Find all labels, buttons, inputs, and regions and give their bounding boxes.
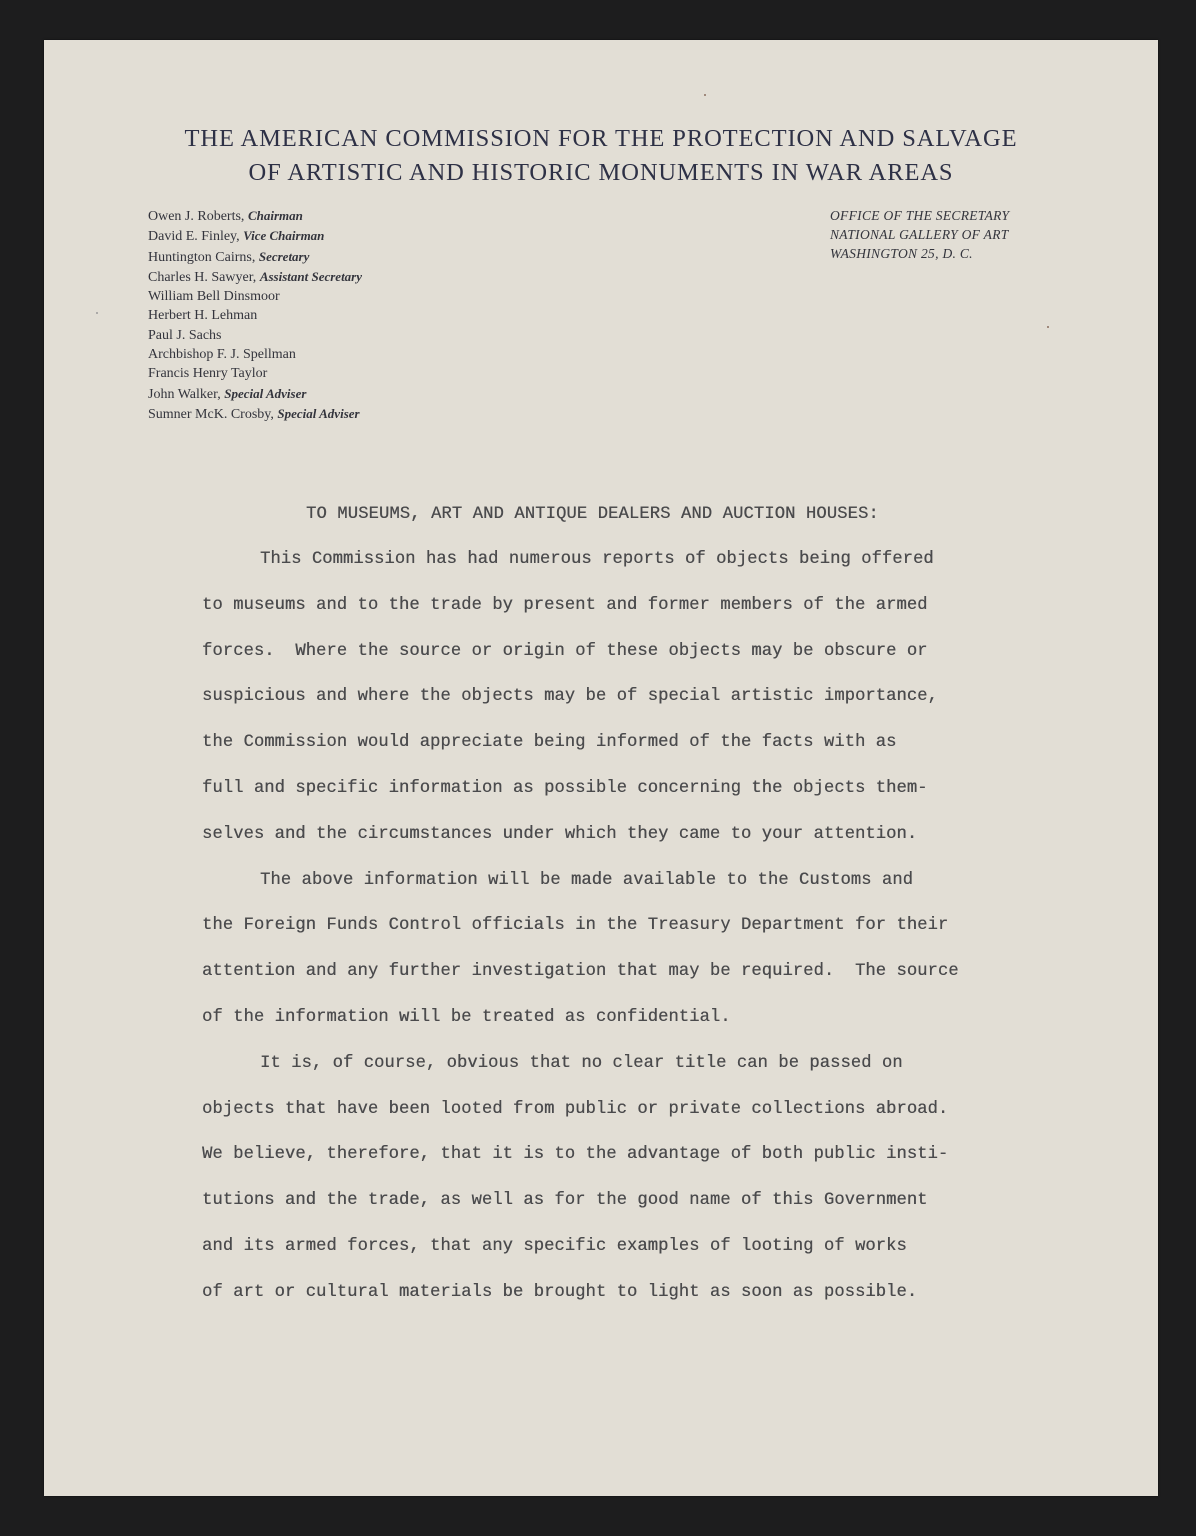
office-line-1: OFFICE OF THE SECRETARY: [830, 206, 1009, 225]
letter-line: to museums and to the trade by present a…: [202, 596, 928, 615]
member-role: Special Adviser: [224, 386, 306, 401]
letterhead-title-line-1: THE AMERICAN COMMISSION FOR THE PROTECTI…: [44, 122, 1158, 156]
member-role: Secretary: [259, 249, 310, 264]
member-entry: Archbishop F. J. Spellman: [148, 345, 362, 364]
member-name: David E. Finley,: [148, 229, 243, 244]
letter-line: tutions and the trade, as well as for th…: [202, 1191, 928, 1210]
member-name: Archbishop F. J. Spellman: [148, 347, 296, 362]
member-entry: Francis Henry Taylor: [148, 364, 362, 383]
member-name: William Bell Dinsmoor: [148, 289, 280, 304]
member-name: Owen J. Roberts,: [148, 209, 248, 224]
letter-line: The above information will be made avail…: [260, 871, 913, 890]
member-name: Charles H. Sawyer,: [148, 270, 260, 285]
letter-line: the Commission would appreciate being in…: [202, 733, 896, 752]
member-entry: Owen J. Roberts, Chairman: [148, 206, 362, 226]
letter-line: We believe, therefore, that it is to the…: [202, 1145, 948, 1164]
member-name: Huntington Cairns,: [148, 250, 259, 265]
member-role: Vice Chairman: [243, 228, 324, 243]
member-entry: Paul J. Sachs: [148, 326, 362, 345]
member-entry: David E. Finley, Vice Chairman: [148, 226, 362, 246]
member-entry: Sumner McK. Crosby, Special Adviser: [148, 404, 362, 424]
member-role: Chairman: [248, 208, 303, 223]
letter-page: THE AMERICAN COMMISSION FOR THE PROTECTI…: [44, 40, 1158, 1496]
letter-line: and its armed forces, that any specific …: [202, 1237, 907, 1256]
letter-salutation: TO MUSEUMS, ART AND ANTIQUE DEALERS AND …: [306, 505, 879, 524]
letter-line: It is, of course, obvious that no clear …: [260, 1054, 903, 1073]
letter-line: objects that have been looted from publi…: [202, 1100, 948, 1119]
letter-line: suspicious and where the objects may be …: [202, 687, 938, 706]
letter-line: full and specific information as possibl…: [202, 779, 928, 798]
member-role: Assistant Secretary: [260, 269, 362, 284]
member-name: John Walker,: [148, 387, 224, 402]
office-line-2: NATIONAL GALLERY OF ART: [830, 225, 1009, 244]
member-entry: Charles H. Sawyer, Assistant Secretary: [148, 267, 362, 287]
letter-line: This Commission has had numerous reports…: [260, 550, 934, 569]
paper-speck: [96, 312, 98, 314]
member-entry: Huntington Cairns, Secretary: [148, 247, 362, 267]
member-name: Sumner McK. Crosby,: [148, 407, 277, 422]
member-entry: William Bell Dinsmoor: [148, 287, 362, 306]
office-address: OFFICE OF THE SECRETARY NATIONAL GALLERY…: [830, 206, 1009, 263]
letter-line: of art or cultural materials be brought …: [202, 1283, 917, 1302]
member-name: Paul J. Sachs: [148, 328, 222, 343]
member-name: Francis Henry Taylor: [148, 366, 267, 381]
member-role: Special Adviser: [277, 406, 359, 421]
letterhead-title-line-2: OF ARTISTIC AND HISTORIC MONUMENTS IN WA…: [44, 156, 1158, 190]
letter-line: the Foreign Funds Control officials in t…: [202, 916, 948, 935]
letter-line: forces. Where the source or origin of th…: [202, 642, 928, 661]
member-name: Herbert H. Lehman: [148, 308, 257, 323]
letter-line: selves and the circumstances under which…: [202, 825, 917, 844]
letter-line: attention and any further investigation …: [202, 962, 959, 981]
letter-line: of the information will be treated as co…: [202, 1008, 731, 1027]
commission-members-list: Owen J. Roberts, ChairmanDavid E. Finley…: [148, 206, 362, 424]
member-entry: Herbert H. Lehman: [148, 306, 362, 325]
office-line-3: WASHINGTON 25, D. C.: [830, 244, 1009, 263]
member-entry: John Walker, Special Adviser: [148, 384, 362, 404]
paper-speck: [1047, 326, 1049, 328]
paper-speck: [704, 94, 706, 96]
letterhead-title: THE AMERICAN COMMISSION FOR THE PROTECTI…: [44, 122, 1158, 190]
